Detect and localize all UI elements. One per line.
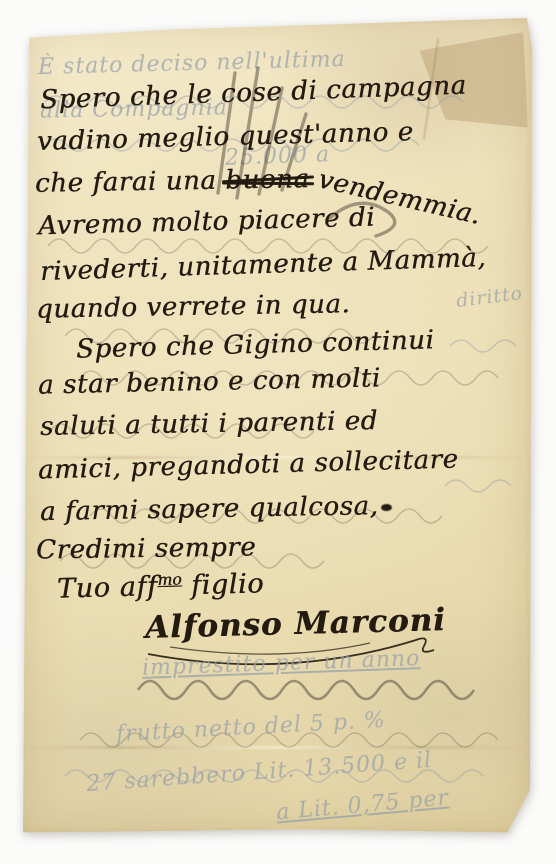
ink-line: a farmi sapere qualcosa, (40, 491, 393, 527)
ink-line: rivederti, unitamente a Mammà, (40, 243, 487, 287)
struck-word: buona (225, 164, 310, 195)
bleed-fragment: a Lit. 0,75 per (275, 786, 450, 826)
ink-line: a star benino e con molti (38, 363, 381, 400)
signature: Alfonso Marconi (145, 602, 447, 646)
ink-line: Avremo molto piacere di (38, 203, 376, 242)
ink-line: quando verrete in qua. (36, 289, 351, 324)
faint-pencil-line: diritto (455, 282, 524, 312)
horizontal-crease (25, 746, 527, 749)
valediction-text: figlio (181, 568, 264, 601)
ink-line-corrected: che farai una buona vendemmia. (35, 161, 485, 199)
ink-text: che farai una (35, 166, 226, 199)
letter-paper: È stato deciso nell'ultima alla Compagni… (20, 18, 532, 834)
paper-shadow-wrap: È stato deciso nell'ultima alla Compagni… (0, 0, 556, 864)
ink-line: vadino meglio quest'anno e (37, 117, 414, 157)
ink-line: saluti a tutti i parenti ed (40, 406, 378, 442)
bleed-fragment: frutto netto del 5 p. % (116, 708, 387, 747)
ink-blot (381, 503, 392, 510)
bleed-fragment: imprestito per un anno (142, 646, 421, 681)
valediction-text: Tuo aff (57, 571, 158, 605)
ink-text: a farmi sapere qualcosa, (40, 491, 379, 527)
bleed-dark-line (138, 681, 474, 699)
faint-pencil-line: È stato deciso nell'ultima (38, 47, 346, 80)
ink-line: Credimi sempre (36, 532, 257, 565)
bleed-fragment: 27 sarebbero Lit. 13.500 e il (86, 748, 433, 797)
letter-scan-background: { "document": { "kind": "Scanned handwri… (0, 0, 556, 864)
valediction: Tuo affmo figlio (57, 567, 265, 604)
valediction-superscript: mo (157, 569, 182, 589)
ink-line: Spero che Gigino continui (76, 325, 435, 364)
ink-line: amici, pregandoti a sollecitare (38, 445, 459, 486)
